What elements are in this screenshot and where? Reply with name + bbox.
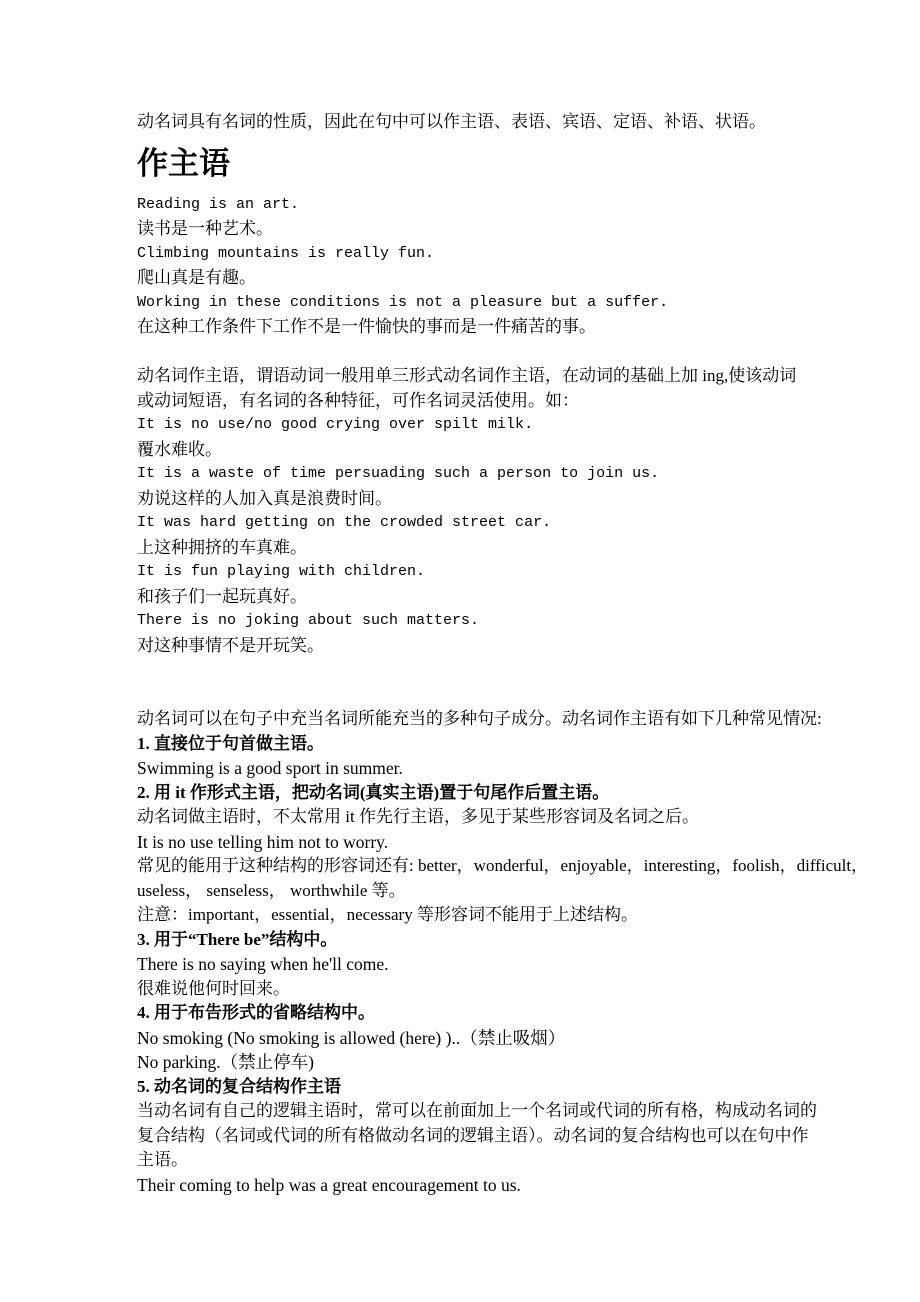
document-line: 注意：important，essential，necessary 等形容词不能用… xyxy=(137,903,795,928)
blank-line xyxy=(137,340,795,365)
document-page: 动名词具有名词的性质，因此在句中可以作主语、表语、宾语、定语、补语、状语。作主语… xyxy=(0,0,920,1302)
document-line: 和孩子们一起玩真好。 xyxy=(137,585,795,610)
document-line: 对这种事情不是开玩笑。 xyxy=(137,634,795,659)
document-line: Working in these conditions is not a ple… xyxy=(137,291,795,316)
document-line: 3. 用于“There be”结构中。 xyxy=(137,928,795,953)
document-line: 4. 用于布告形式的省略结构中。 xyxy=(137,1001,795,1026)
document-line: 或动词短语，有名词的各种特征，可作名词灵活使用。如： xyxy=(137,389,795,414)
document-line: It is fun playing with children. xyxy=(137,560,795,585)
document-body: 动名词具有名词的性质，因此在句中可以作主语、表语、宾语、定语、补语、状语。作主语… xyxy=(137,110,795,1197)
document-line: 复合结构（名词或代词的所有格做动名词的逻辑主语）。动名词的复合结构也可以在句中作 xyxy=(137,1124,795,1149)
document-line: 1. 直接位于句首做主语。 xyxy=(137,732,795,757)
document-line: No smoking (No smoking is allowed (here)… xyxy=(137,1026,795,1051)
blank-line xyxy=(137,658,795,683)
document-line: Their coming to help was a great encoura… xyxy=(137,1173,795,1198)
document-line: 上这种拥挤的车真难。 xyxy=(137,536,795,561)
document-line: 覆水难收。 xyxy=(137,438,795,463)
section-heading: 作主语 xyxy=(137,135,795,193)
document-line: It is no use/no good crying over spilt m… xyxy=(137,413,795,438)
document-line: 主语。 xyxy=(137,1148,795,1173)
document-line: It is a waste of time persuading such a … xyxy=(137,462,795,487)
document-line: 在这种工作条件下工作不是一件愉快的事而是一件痛苦的事。 xyxy=(137,315,795,340)
document-line: Reading is an art. xyxy=(137,193,795,218)
document-line: 动名词具有名词的性质，因此在句中可以作主语、表语、宾语、定语、补语、状语。 xyxy=(137,110,795,135)
document-line: 很难说他何时回来。 xyxy=(137,977,795,1002)
document-line: 劝说这样的人加入真是浪费时间。 xyxy=(137,487,795,512)
document-line: 动名词作主语，谓语动词一般用单三形式动名词作主语，在动词的基础上加 ing,使该… xyxy=(137,364,795,389)
document-line: 动名词做主语时，不太常用 it 作先行主语，多见于某些形容词及名词之后。 xyxy=(137,805,795,830)
document-line: No parking.（禁止停车) xyxy=(137,1050,795,1075)
document-line: 当动名词有自己的逻辑主语时，常可以在前面加上一个名词或代词的所有格，构成动名词的 xyxy=(137,1099,795,1124)
document-line: Climbing mountains is really fun. xyxy=(137,242,795,267)
document-line: 爬山真是有趣。 xyxy=(137,266,795,291)
document-line: 动名词可以在句子中充当名词所能充当的多种句子成分。动名词作主语有如下几种常见情况… xyxy=(137,707,795,732)
document-line: 5. 动名词的复合结构作主语 xyxy=(137,1075,795,1100)
blank-line xyxy=(137,683,795,708)
document-line: There is no saying when he'll come. xyxy=(137,952,795,977)
document-line: 读书是一种艺术。 xyxy=(137,217,795,242)
document-line: It is no use telling him not to worry. xyxy=(137,830,795,855)
document-line: It was hard getting on the crowded stree… xyxy=(137,511,795,536)
document-line: There is no joking about such matters. xyxy=(137,609,795,634)
document-line: 常见的能用于这种结构的形容词还有: better，wonderful，enjoy… xyxy=(137,854,795,879)
document-line: 2. 用 it 作形式主语，把动名词(真实主语)置于句尾作后置主语。 xyxy=(137,781,795,806)
document-line: Swimming is a good sport in summer. xyxy=(137,756,795,781)
document-line: useless， senseless， worthwhile 等。 xyxy=(137,879,795,904)
